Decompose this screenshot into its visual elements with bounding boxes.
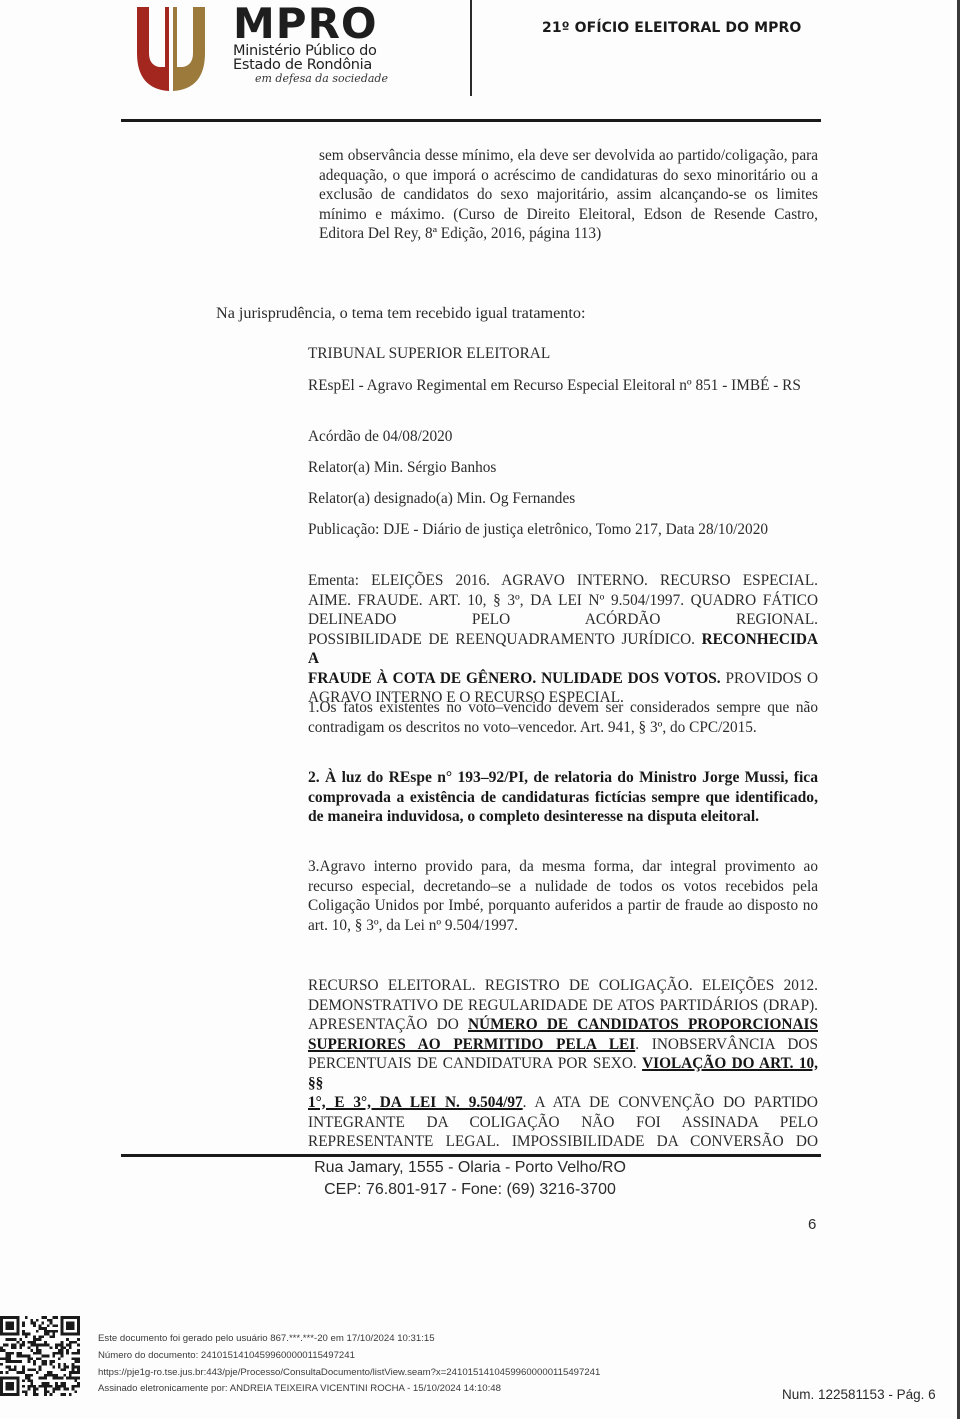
address-line-2: CEP: 76.801-917 - Fone: (69) 3216-3700: [0, 1181, 940, 1199]
ementa-line: DEMONSTRATIVO DE REGULARIDADE DE ATOS PA…: [308, 996, 818, 1016]
logo-acronym: MPRO: [233, 4, 388, 44]
intro-paragraph: Na jurisprudência, o tema tem recebido i…: [216, 304, 585, 324]
signed-by-text: Assinado eletronicamente por: ANDREIA TE…: [98, 1383, 501, 1394]
logo-line-1: Ministério Público do: [233, 44, 388, 58]
ementa-line: PERCENTUAIS DE CANDIDATURA POR SEXO. VIO…: [308, 1054, 818, 1093]
ementa-text: . INOBSERVÂNCIA DOS: [635, 1036, 818, 1053]
ementa-line: Ementa: ELEIÇÕES 2016. AGRAVO INTERNO. R…: [308, 571, 818, 591]
ementa-line: RECURSO ELEITORAL. REGISTRO DE COLIGAÇÃO…: [308, 976, 818, 996]
ementa-line: DELINEADO PELO ACÓRDÃO REGIONAL.: [308, 610, 818, 630]
doctrine-quote: sem observância desse mínimo, ela deve s…: [319, 146, 818, 244]
underlined-text: SUPERIORES AO PERMITIDO PELA LEI: [308, 1036, 635, 1053]
logo-line-2: Estado de Rondônia: [233, 58, 388, 72]
document-url-link[interactable]: https://pje1g-ro.tse.jus.br:443/pje/Proc…: [98, 1367, 600, 1378]
header-rule: [121, 119, 821, 122]
mpro-logo-icon: [135, 3, 207, 93]
ementa-text: APRESENTAÇÃO DO: [308, 1016, 468, 1033]
header-divider: [470, 0, 472, 96]
ementa-line: APRESENTAÇÃO DO NÚMERO DE CANDIDATOS PRO…: [308, 1015, 818, 1035]
document-page-reference: Num. 122581153 - Pág. 6: [782, 1387, 936, 1402]
ementa-bold-text: FRAUDE À COTA DE GÊNERO. NULIDADE DOS VO…: [308, 670, 721, 687]
mpro-logo-text: MPRO Ministério Público do Estado de Ron…: [233, 4, 388, 86]
ementa-text: PERCENTUAIS DE CANDIDATURA POR SEXO.: [308, 1055, 642, 1072]
address-line-1: Rua Jamary, 1555 - Olaria - Porto Velho/…: [0, 1159, 940, 1177]
ementa-line: AIME. FRAUDE. ART. 10, § 3º, DA LEI Nº 9…: [308, 591, 818, 611]
rapporteur: Relator(a) Min. Sérgio Banhos: [308, 458, 818, 478]
ementa-line: REPRESENTANTE LEGAL. IMPOSSIBILIDADE DA …: [308, 1132, 818, 1152]
ementa-item-1: 1.Os fatos existentes no voto–vencido de…: [308, 698, 818, 737]
page-number: 6: [808, 1216, 816, 1233]
ementa-line: SUPERIORES AO PERMITIDO PELA LEI. INOBSE…: [308, 1035, 818, 1055]
generated-by-text: Este documento foi gerado pelo usuário 8…: [98, 1333, 435, 1344]
ementa-text: POSSIBILIDADE DE REENQUADRAMENTO JURÍDIC…: [308, 631, 702, 648]
ementa-line: INTEGRANTE DA COLIGAÇÃO NÃO FOI ASSINADA…: [308, 1113, 818, 1133]
ementa-text: . A ATA DE CONVENÇÃO DO PARTIDO: [523, 1094, 818, 1111]
ementa-item-3: 3.Agravo interno provido para, da mesma …: [308, 857, 818, 935]
underlined-text: NÚMERO DE CANDIDATOS PROPORCIONAIS: [468, 1016, 818, 1033]
footer-rule: [121, 1154, 821, 1157]
ementa-item-2: 2. À luz do REspe n° 193–92/PI, de relat…: [308, 768, 818, 827]
office-title: 21º OFÍCIO ELEITORAL DO MPRO: [542, 20, 801, 36]
second-ementa-block: RECURSO ELEITORAL. REGISTRO DE COLIGAÇÃO…: [308, 976, 818, 1152]
ementa-line: FRAUDE À COTA DE GÊNERO. NULIDADE DOS VO…: [308, 669, 818, 689]
ementa-text: PROVIDOS O: [721, 670, 818, 687]
logo-tagline: em defesa da sociedade: [255, 72, 388, 86]
ementa-line: 1°, E 3°, DA LEI N. 9.504/97. A ATA DE C…: [308, 1093, 818, 1113]
ementa-block: Ementa: ELEIÇÕES 2016. AGRAVO INTERNO. R…: [308, 571, 818, 708]
court-name: TRIBUNAL SUPERIOR ELEITORAL: [308, 344, 818, 364]
underlined-text: 1°, E 3°, DA LEI N. 9.504/97: [308, 1094, 523, 1111]
publication-info: Publicação: DJE - Diário de justiça elet…: [308, 520, 818, 540]
designated-rapporteur: Relator(a) designado(a) Min. Og Fernande…: [308, 489, 818, 509]
qr-code-icon[interactable]: [0, 1316, 80, 1396]
ementa-line: POSSIBILIDADE DE REENQUADRAMENTO JURÍDIC…: [308, 630, 818, 669]
case-reference: REspEl - Agravo Regimental em Recurso Es…: [308, 376, 818, 396]
decision-date: Acórdão de 04/08/2020: [308, 427, 818, 447]
document-number: Número do documento: 2410151410459960000…: [98, 1350, 355, 1361]
